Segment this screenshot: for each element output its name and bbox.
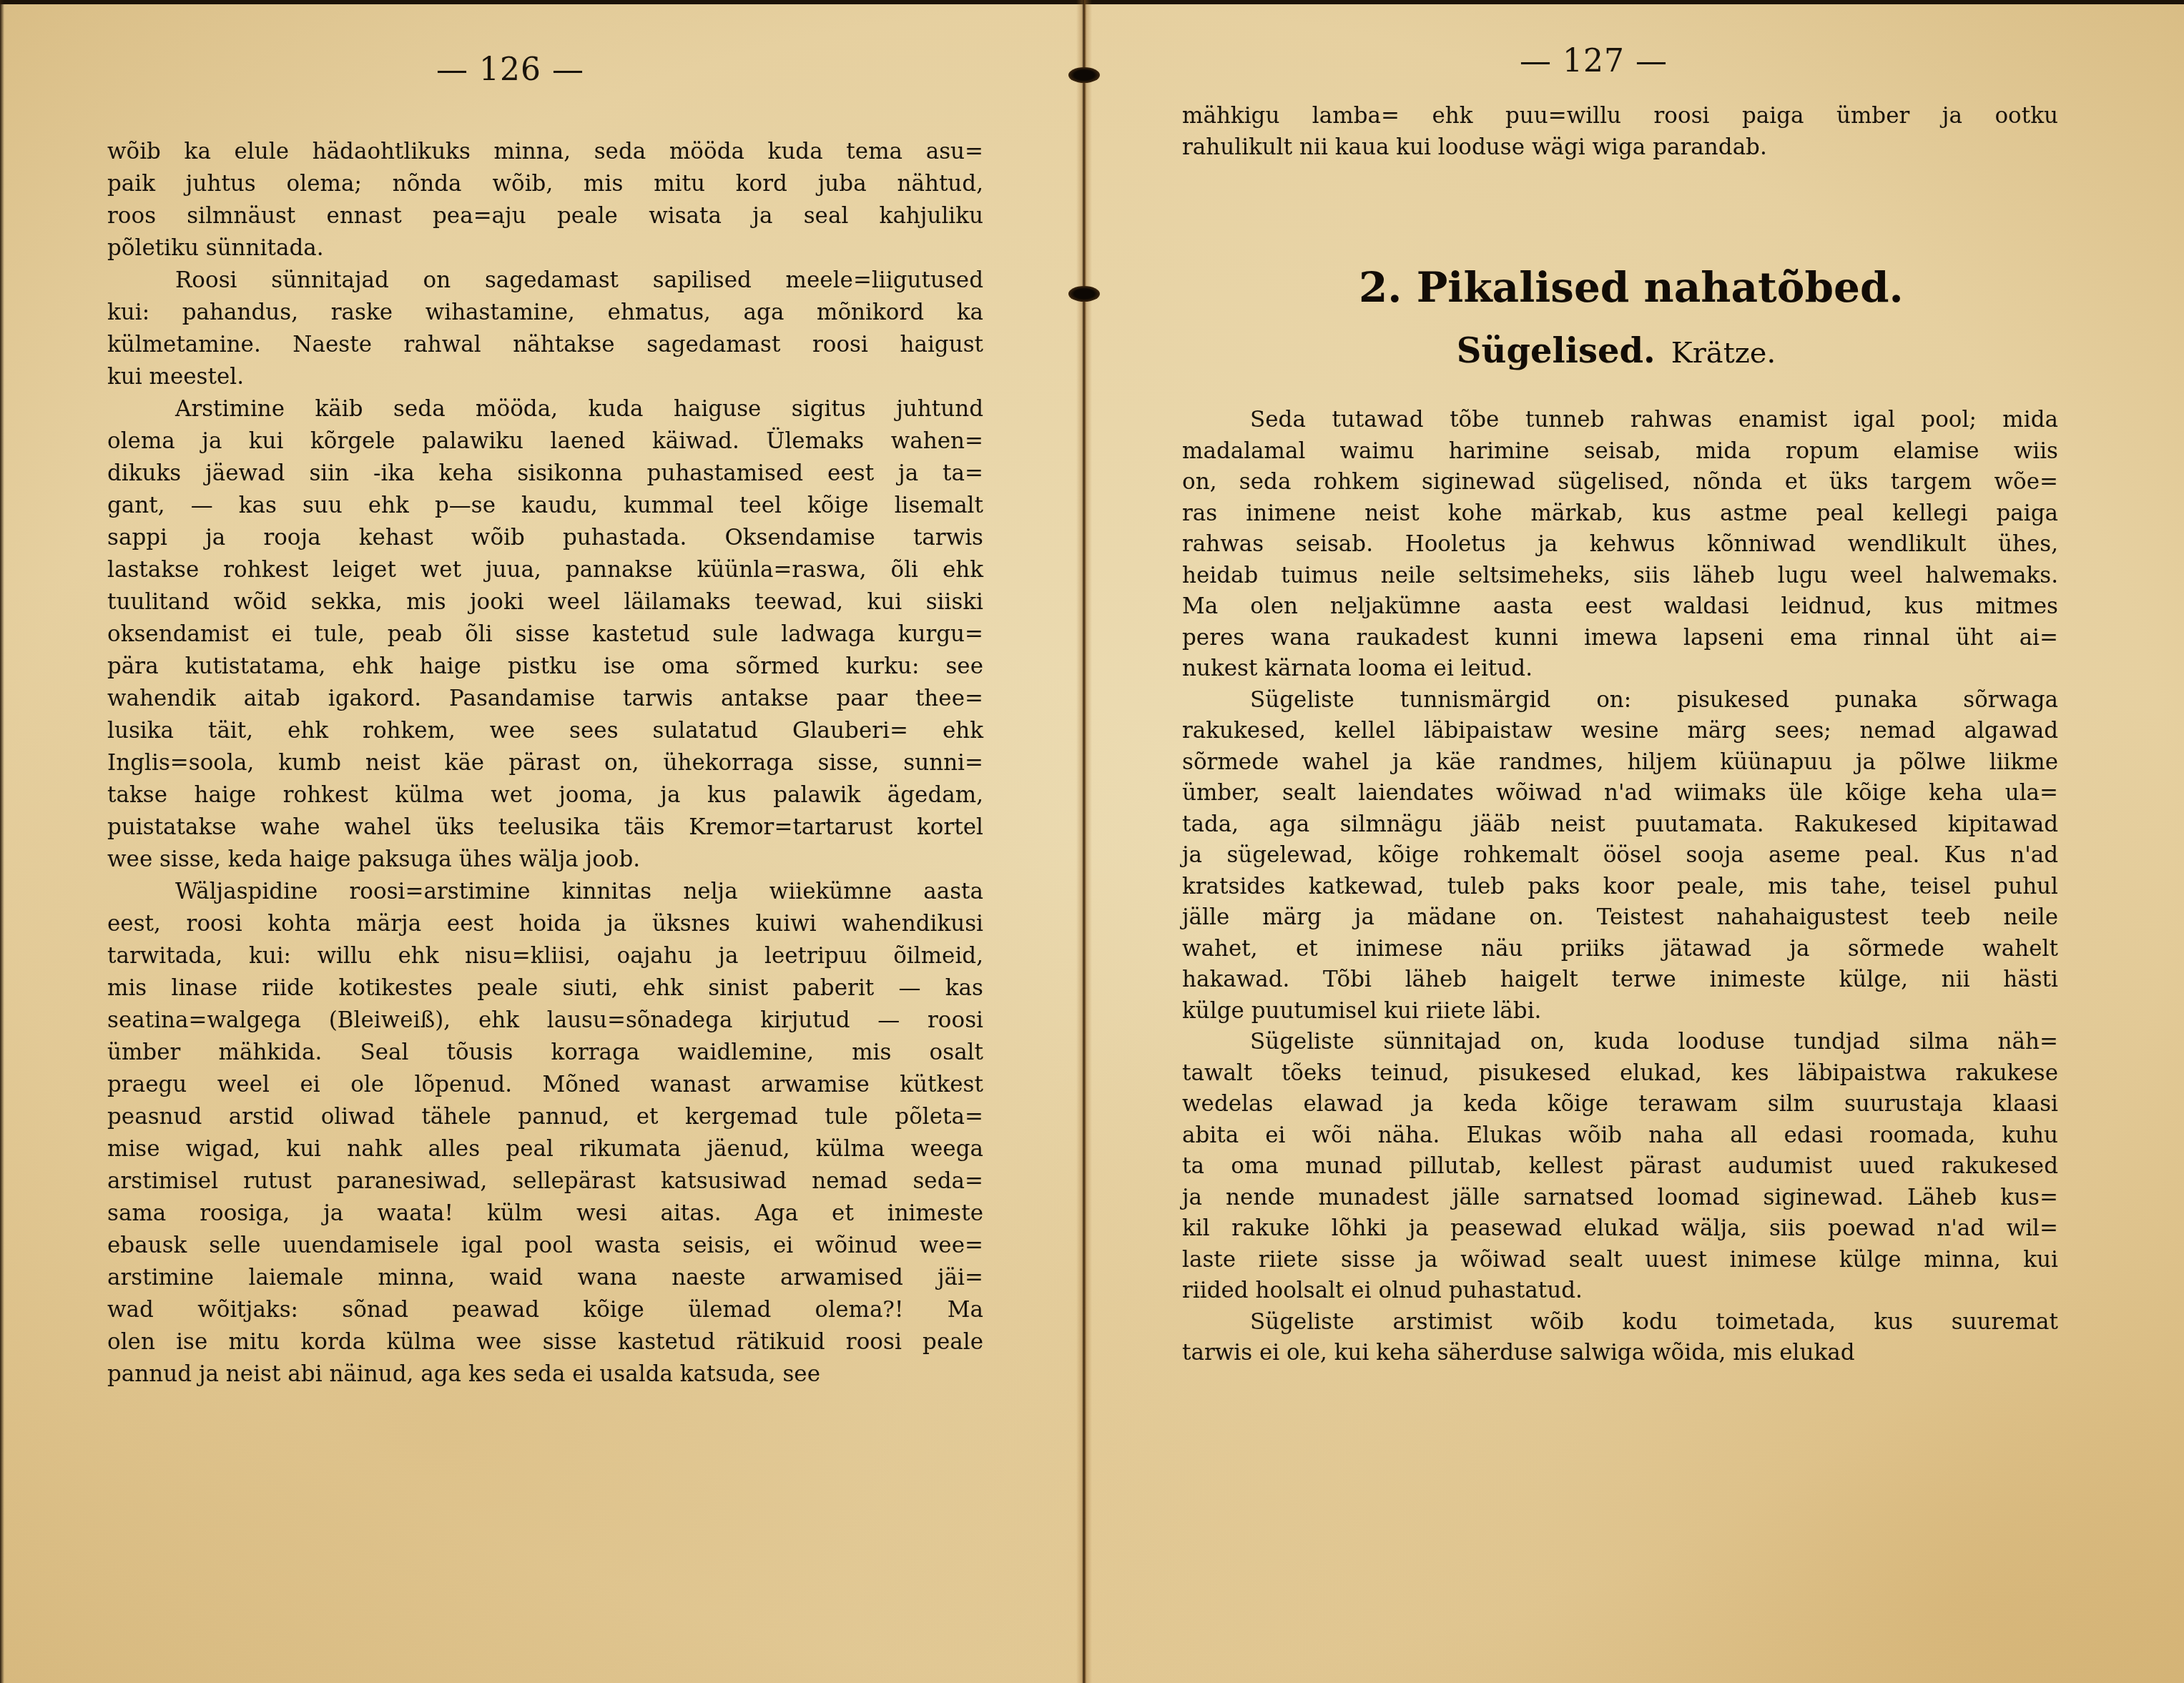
text-line: rahulikult nii kaua kui looduse wägi wig… xyxy=(1182,132,2058,163)
book-spread: — 126 — wõib ka elule hädaohtlikuks minn… xyxy=(0,0,2184,1683)
text-line: wee sisse, keda haige paksuga ühes wälja… xyxy=(107,844,983,876)
text-line: ümber mähkida. Seal tõusis korraga waidl… xyxy=(107,1037,983,1069)
text-line: rakukesed, kellel läbipaistaw wesine mär… xyxy=(1182,716,2058,747)
text-line: Inglis=soola, kumb neist käe pärast on, … xyxy=(107,747,983,779)
text-line: tawalt tõeks teinud, pisukesed elukad, k… xyxy=(1182,1058,2058,1090)
text-line: gant, — kas suu ehk p—se kaudu, kummal t… xyxy=(107,490,983,522)
text-line: kui: pahandus, raske wihastamine, ehmatu… xyxy=(107,297,983,329)
text-line: lastakse rohkest leiget wet juua, pannak… xyxy=(107,554,983,586)
text-line: tuulitand wõid sekka, mis jooki weel läi… xyxy=(107,586,983,618)
text-line: pära kutistatama, ehk haige pistku ise o… xyxy=(107,651,983,683)
text-line: wahendik aitab igakord. Pasandamise tarw… xyxy=(107,683,983,715)
text-line: rahwas seisab. Hooletus ja kehwus kõnniw… xyxy=(1182,529,2058,561)
text-line: Ma olen neljakümne aasta eest waldasi le… xyxy=(1182,591,2058,623)
text-line: takse haige rohkest külma wet jooma, ja … xyxy=(107,779,983,811)
text-line: ümber, sealt laiendates wõiwad n'ad wiim… xyxy=(1182,778,2058,809)
text-line: tarwitada, kui: willu ehk nisu=kliisi, o… xyxy=(107,940,983,972)
text-line: olen ise mitu korda külma wee sisse kast… xyxy=(107,1326,983,1358)
text-line: puistatakse wahe wahel üks teelusika täi… xyxy=(107,811,983,844)
text-line: wedelas elawad ja keda kõige terawam sil… xyxy=(1182,1089,2058,1120)
page-number-right: — 127 — xyxy=(1520,43,1668,79)
text-line: sappi ja rooja kehast wõib puhastada. Ok… xyxy=(107,522,983,554)
right-page-continuation: mähkigu lamba= ehk puu=willu roosi paiga… xyxy=(1182,100,2058,162)
text-line: külmetamine. Naeste rahwal nähtakse sage… xyxy=(107,329,983,361)
text-line: roos silmnäust ennast pea=aju peale wisa… xyxy=(107,200,983,232)
text-line: arstimisel rutust paranesiwad, sellepära… xyxy=(107,1165,983,1198)
text-line: Wäljaspidine roosi=arstimine kinnitas ne… xyxy=(107,876,983,908)
text-line: peasnud arstid oliwad tähele pannud, et … xyxy=(107,1101,983,1133)
text-line: kui meestel. xyxy=(107,361,983,393)
text-line: wahet, et inimese näu priiks jätawad ja … xyxy=(1182,934,2058,965)
text-line: eest, roosi kohta märja eest hoida ja ük… xyxy=(107,908,983,940)
text-line: sõrmede wahel ja käe randmes, hiljem küü… xyxy=(1182,747,2058,779)
text-line: olema ja kui kõrgele palawiku laened käi… xyxy=(107,425,983,458)
text-line: Seda tutawad tõbe tunneb rahwas enamist … xyxy=(1182,405,2058,436)
text-line: külge puutumisel kui riiete läbi. xyxy=(1182,996,2058,1027)
text-line: wõib ka elule hädaohtlikuks minna, seda … xyxy=(107,136,983,168)
text-line: nukest kärnata looma ei leitud. xyxy=(1182,653,2058,685)
text-line: mis linase riide kotikestes peale siuti,… xyxy=(107,972,983,1005)
text-line: tarwis ei ole, kui keha säherduse salwig… xyxy=(1182,1338,2058,1369)
right-page-body: Seda tutawad tõbe tunneb rahwas enamist … xyxy=(1182,405,2058,1369)
text-line: heidab tuimus neile seltsimeheks, siis l… xyxy=(1182,561,2058,592)
text-line: mise wigad, kui nahk alles peal rikumata… xyxy=(107,1133,983,1165)
text-line: Arstimine käib seda mööda, kuda haiguse … xyxy=(107,393,983,425)
section-heading: 2. Pikalised nahatõbed. xyxy=(1359,263,1874,312)
text-line: peres wana raukadest kunni imewa lapseni… xyxy=(1182,623,2058,654)
text-line: seatina=walgega (Bleiweiß), ehk lausu=sõ… xyxy=(107,1005,983,1037)
text-line: Sügeliste sünnitajad on, kuda looduse tu… xyxy=(1182,1027,2058,1058)
text-line: sama roosiga, ja waata! külm wesi aitas.… xyxy=(107,1198,983,1230)
text-line: kratsides katkewad, tuleb paks koor peal… xyxy=(1182,872,2058,903)
text-line: ras inimene neist kohe märkab, kus astme… xyxy=(1182,498,2058,530)
text-line: ta oma munad pillutab, kellest pärast au… xyxy=(1182,1151,2058,1183)
left-page-body: wõib ka elule hädaohtlikuks minna, seda … xyxy=(107,136,983,1391)
text-line: wad wõitjaks: sõnad peawad kõige ülemad … xyxy=(107,1294,983,1326)
text-line: paik juhtus olema; nõnda wõib, mis mitu … xyxy=(107,168,983,200)
text-line: kil rakuke lõhki ja peasewad elukad wälj… xyxy=(1182,1213,2058,1245)
text-line: dikuks jäewad siin -ika keha sisikonna p… xyxy=(107,458,983,490)
text-line: Roosi sünnitajad on sagedamast sapilised… xyxy=(107,265,983,297)
text-line: pannud ja neist abi näinud, aga kes seda… xyxy=(107,1358,983,1391)
text-line: lusika täit, ehk rohkem, wee sees sulata… xyxy=(107,715,983,747)
text-line: hakawad. Tõbi läheb haigelt terwe inimes… xyxy=(1182,964,2058,996)
text-line: ja sügelewad, kõige rohkemalt öösel sooj… xyxy=(1182,840,2058,872)
text-line: põletiku sünnitada. xyxy=(107,232,983,265)
text-line: oksendamist ei tule, peab õli sisse kast… xyxy=(107,618,983,651)
text-line: madalamal waimu harimine seisab, mida ro… xyxy=(1182,436,2058,468)
text-line: laste riiete sisse ja wõiwad sealt uuest… xyxy=(1182,1245,2058,1276)
text-line: mähkigu lamba= ehk puu=willu roosi paiga… xyxy=(1182,100,2058,132)
subheading-german-gloss: Krätze. xyxy=(1671,337,1776,370)
section-subheading: Sügelised.Krätze. xyxy=(1359,331,1874,371)
text-line: ja nende munadest jälle sarnatsed loomad… xyxy=(1182,1183,2058,1214)
text-line: on, seda rohkem siginewad sügelised, nõn… xyxy=(1182,467,2058,498)
subheading-estonian: Sügelised. xyxy=(1457,331,1656,371)
text-line: arstimine laiemale minna, waid wana naes… xyxy=(107,1262,983,1294)
text-line: riided hoolsalt ei olnud puhastatud. xyxy=(1182,1275,2058,1307)
text-line: Sügeliste arstimist wõib kodu toimetada,… xyxy=(1182,1307,2058,1338)
text-line: praegu weel ei ole lõpenud. Mõned wanast… xyxy=(107,1069,983,1101)
text-line: tada, aga silmnägu jääb neist puutamata.… xyxy=(1182,809,2058,841)
page-number-left: — 126 — xyxy=(436,51,584,88)
left-page: — 126 — wõib ka elule hädaohtlikuks minn… xyxy=(0,0,1083,1683)
text-line: ebausk selle uuendamisele igal pool wast… xyxy=(107,1230,983,1262)
text-line: abita ei wõi näha. Elukas wõib naha all … xyxy=(1182,1120,2058,1152)
text-line: Sügeliste tunnismärgid on: pisukesed pun… xyxy=(1182,685,2058,716)
text-line: jälle märg ja mädane on. Teistest nahaha… xyxy=(1182,902,2058,934)
